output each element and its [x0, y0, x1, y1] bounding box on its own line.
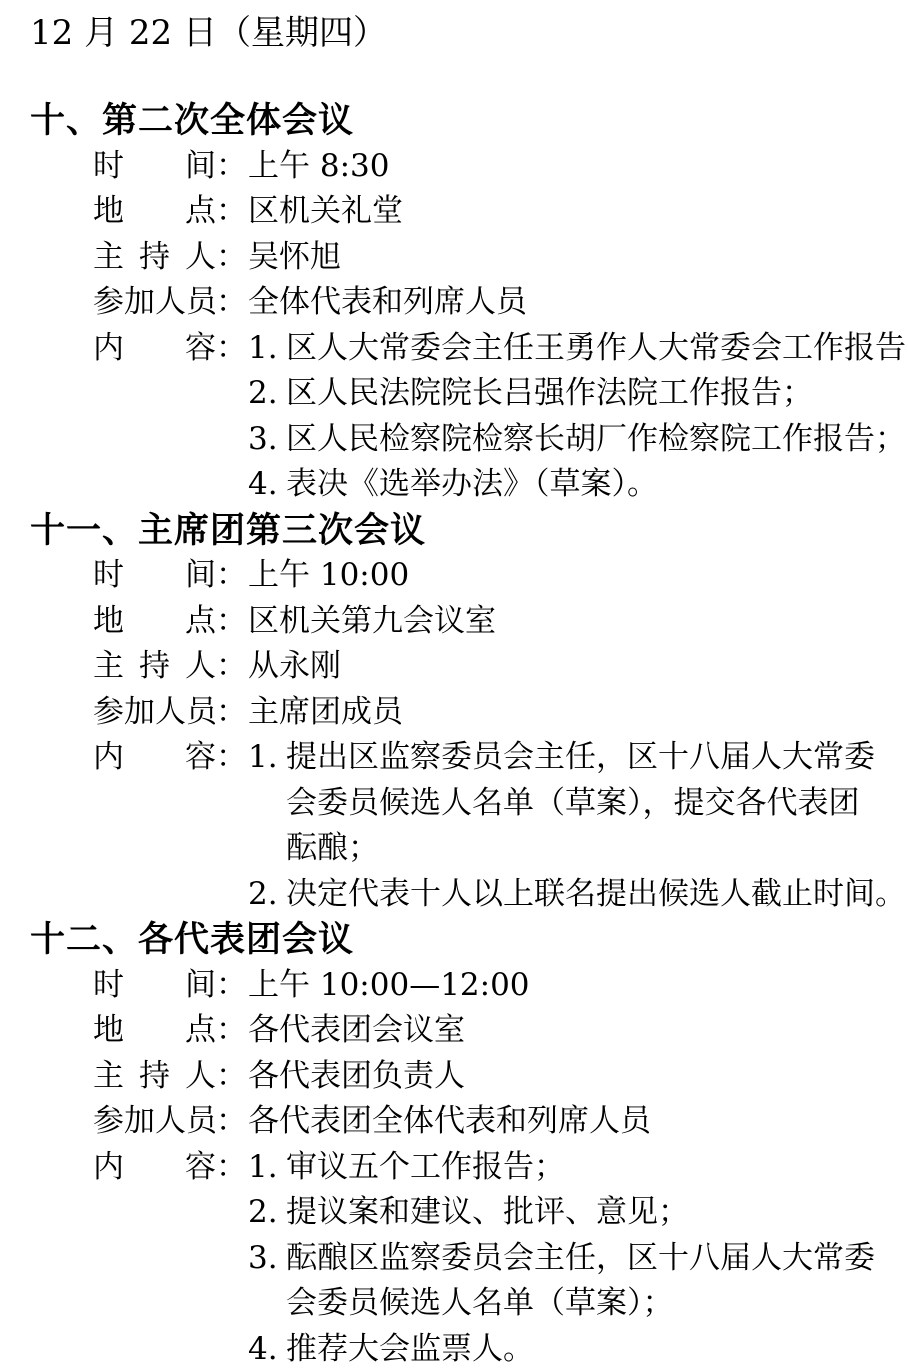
- content-item: 1. 区人大常委会主任王勇作人大常委会工作报告；: [248, 326, 908, 372]
- field-row-location: 地点 ： 区机关第九会议室: [93, 599, 908, 645]
- item-line: 酝酿；: [286, 826, 875, 872]
- item-line: 区人大常委会主任王勇作人大常委会工作报告；: [286, 326, 908, 372]
- field-value-host: 各代表团负责人: [248, 1054, 465, 1100]
- content-item-list: 1. 提出区监察委员会主任，区十八届人大常委 会委员候选人名单（草案），提交各代…: [248, 735, 906, 917]
- field-colon: ：: [216, 644, 248, 690]
- field-colon: ：: [216, 280, 248, 326]
- content-item: 4. 表决《选举办法》（草案）。: [248, 462, 908, 508]
- field-row-location: 地点 ： 区机关礼堂: [93, 189, 908, 235]
- date-heading: 12 月 22 日（星期四）: [30, 10, 908, 56]
- agenda-section-10: 十、第二次全体会议 时间 ： 上午 8:30 地点 ： 区机关礼堂 主持人 ： …: [30, 98, 908, 508]
- content-item: 4. 推荐大会监票人。: [248, 1327, 875, 1370]
- item-line: 酝酿区监察委员会主任，区十八届人大常委: [286, 1236, 875, 1282]
- field-value-location: 区机关第九会议室: [248, 599, 496, 645]
- content-item: 2. 区人民法院院长吕强作法院工作报告；: [248, 371, 908, 417]
- field-colon: ：: [216, 326, 248, 372]
- field-label-location: 地点: [93, 1008, 216, 1054]
- field-row-content: 内容 ： 1. 区人大常委会主任王勇作人大常委会工作报告； 2. 区人民法院院长…: [93, 326, 908, 508]
- field-value-time: 上午 10:00: [248, 553, 409, 599]
- field-row-time: 时间 ： 上午 10:00—12:00: [93, 963, 908, 1009]
- item-number: 2.: [248, 872, 286, 918]
- field-label-time: 时间: [93, 553, 216, 599]
- item-line: 审议五个工作报告；: [286, 1145, 565, 1191]
- field-label-participants: 参加人员: [93, 1099, 216, 1145]
- content-item: 3. 区人民检察院检察长胡厂作检察院工作报告；: [248, 417, 908, 463]
- agenda-page: 12 月 22 日（星期四） 十、第二次全体会议 时间 ： 上午 8:30 地点…: [0, 0, 908, 1370]
- field-row-participants: 参加人员 ： 主席团成员: [93, 690, 908, 736]
- field-label-participants: 参加人员: [93, 280, 216, 326]
- field-colon: ：: [216, 735, 248, 781]
- field-value-participants: 各代表团全体代表和列席人员: [248, 1099, 651, 1145]
- field-colon: ：: [216, 235, 248, 281]
- section-title: 十二、各代表团会议: [30, 917, 908, 963]
- field-label-host: 主持人: [93, 235, 216, 281]
- field-label-host: 主持人: [93, 1054, 216, 1100]
- item-line: 会委员候选人名单（草案）；: [286, 1281, 875, 1327]
- field-colon: ：: [216, 1145, 248, 1191]
- field-label-time: 时间: [93, 144, 216, 190]
- field-label-content: 内容: [93, 326, 216, 372]
- field-value-host: 从永刚: [248, 644, 341, 690]
- item-number: 4.: [248, 462, 286, 508]
- field-row-content: 内容 ： 1. 审议五个工作报告； 2. 提议案和建议、批评、意见； 3. 酝酿…: [93, 1145, 908, 1370]
- field-colon: ：: [216, 553, 248, 599]
- item-line: 会委员候选人名单（草案），提交各代表团: [286, 781, 875, 827]
- field-colon: ：: [216, 144, 248, 190]
- field-label-time: 时间: [93, 963, 216, 1009]
- field-label-content: 内容: [93, 735, 216, 781]
- item-line: 提议案和建议、批评、意见；: [286, 1190, 689, 1236]
- item-number: 1.: [248, 326, 286, 372]
- field-colon: ：: [216, 1054, 248, 1100]
- field-colon: ：: [216, 1008, 248, 1054]
- field-row-content: 内容 ： 1. 提出区监察委员会主任，区十八届人大常委 会委员候选人名单（草案）…: [93, 735, 908, 917]
- field-label-host: 主持人: [93, 644, 216, 690]
- field-value-host: 吴怀旭: [248, 235, 341, 281]
- item-line: 区人民法院院长吕强作法院工作报告；: [286, 371, 813, 417]
- field-colon: ：: [216, 1099, 248, 1145]
- field-label-participants: 参加人员: [93, 690, 216, 736]
- content-item: 3. 酝酿区监察委员会主任，区十八届人大常委 会委员候选人名单（草案）；: [248, 1236, 875, 1327]
- section-title: 十、第二次全体会议: [30, 98, 908, 144]
- field-value-time: 上午 10:00—12:00: [248, 963, 530, 1009]
- field-colon: ：: [216, 690, 248, 736]
- agenda-section-12: 十二、各代表团会议 时间 ： 上午 10:00—12:00 地点 ： 各代表团会…: [30, 917, 908, 1370]
- section-title: 十一、主席团第三次会议: [30, 508, 908, 554]
- field-row-time: 时间 ： 上午 10:00: [93, 553, 908, 599]
- content-item-list: 1. 区人大常委会主任王勇作人大常委会工作报告； 2. 区人民法院院长吕强作法院…: [248, 326, 908, 508]
- item-line: 表决《选举办法》（草案）。: [286, 462, 658, 508]
- content-item: 2. 决定代表十人以上联名提出候选人截止时间。: [248, 872, 906, 918]
- item-number: 1.: [248, 735, 286, 781]
- field-row-host: 主持人 ： 吴怀旭: [93, 235, 908, 281]
- item-number: 4.: [248, 1327, 286, 1370]
- item-line: 决定代表十人以上联名提出候选人截止时间。: [286, 872, 906, 918]
- field-colon: ：: [216, 599, 248, 645]
- item-line: 推荐大会监票人。: [286, 1327, 534, 1370]
- content-item-list: 1. 审议五个工作报告； 2. 提议案和建议、批评、意见； 3. 酝酿区监察委员…: [248, 1145, 875, 1370]
- field-value-participants: 主席团成员: [248, 690, 403, 736]
- item-number: 3.: [248, 1236, 286, 1282]
- agenda-section-11: 十一、主席团第三次会议 时间 ： 上午 10:00 地点 ： 区机关第九会议室 …: [30, 508, 908, 918]
- field-label-location: 地点: [93, 599, 216, 645]
- content-item: 2. 提议案和建议、批评、意见；: [248, 1190, 875, 1236]
- field-label-content: 内容: [93, 1145, 216, 1191]
- field-value-location: 区机关礼堂: [248, 189, 403, 235]
- field-value-location: 各代表团会议室: [248, 1008, 465, 1054]
- field-row-participants: 参加人员 ： 各代表团全体代表和列席人员: [93, 1099, 908, 1145]
- field-row-participants: 参加人员 ： 全体代表和列席人员: [93, 280, 908, 326]
- field-value-time: 上午 8:30: [248, 144, 389, 190]
- field-colon: ：: [216, 189, 248, 235]
- content-item: 1. 提出区监察委员会主任，区十八届人大常委 会委员候选人名单（草案），提交各代…: [248, 735, 906, 872]
- item-number: 3.: [248, 417, 286, 463]
- field-row-host: 主持人 ： 各代表团负责人: [93, 1054, 908, 1100]
- item-line: 提出区监察委员会主任，区十八届人大常委: [286, 735, 875, 781]
- field-row-time: 时间 ： 上午 8:30: [93, 144, 908, 190]
- item-number: 2.: [248, 371, 286, 417]
- field-colon: ：: [216, 963, 248, 1009]
- field-row-location: 地点 ： 各代表团会议室: [93, 1008, 908, 1054]
- item-number: 1.: [248, 1145, 286, 1191]
- field-label-location: 地点: [93, 189, 216, 235]
- field-value-participants: 全体代表和列席人员: [248, 280, 527, 326]
- item-number: 2.: [248, 1190, 286, 1236]
- spacer: [30, 56, 908, 98]
- content-item: 1. 审议五个工作报告；: [248, 1145, 875, 1191]
- field-row-host: 主持人 ： 从永刚: [93, 644, 908, 690]
- item-line: 区人民检察院检察长胡厂作检察院工作报告；: [286, 417, 906, 463]
